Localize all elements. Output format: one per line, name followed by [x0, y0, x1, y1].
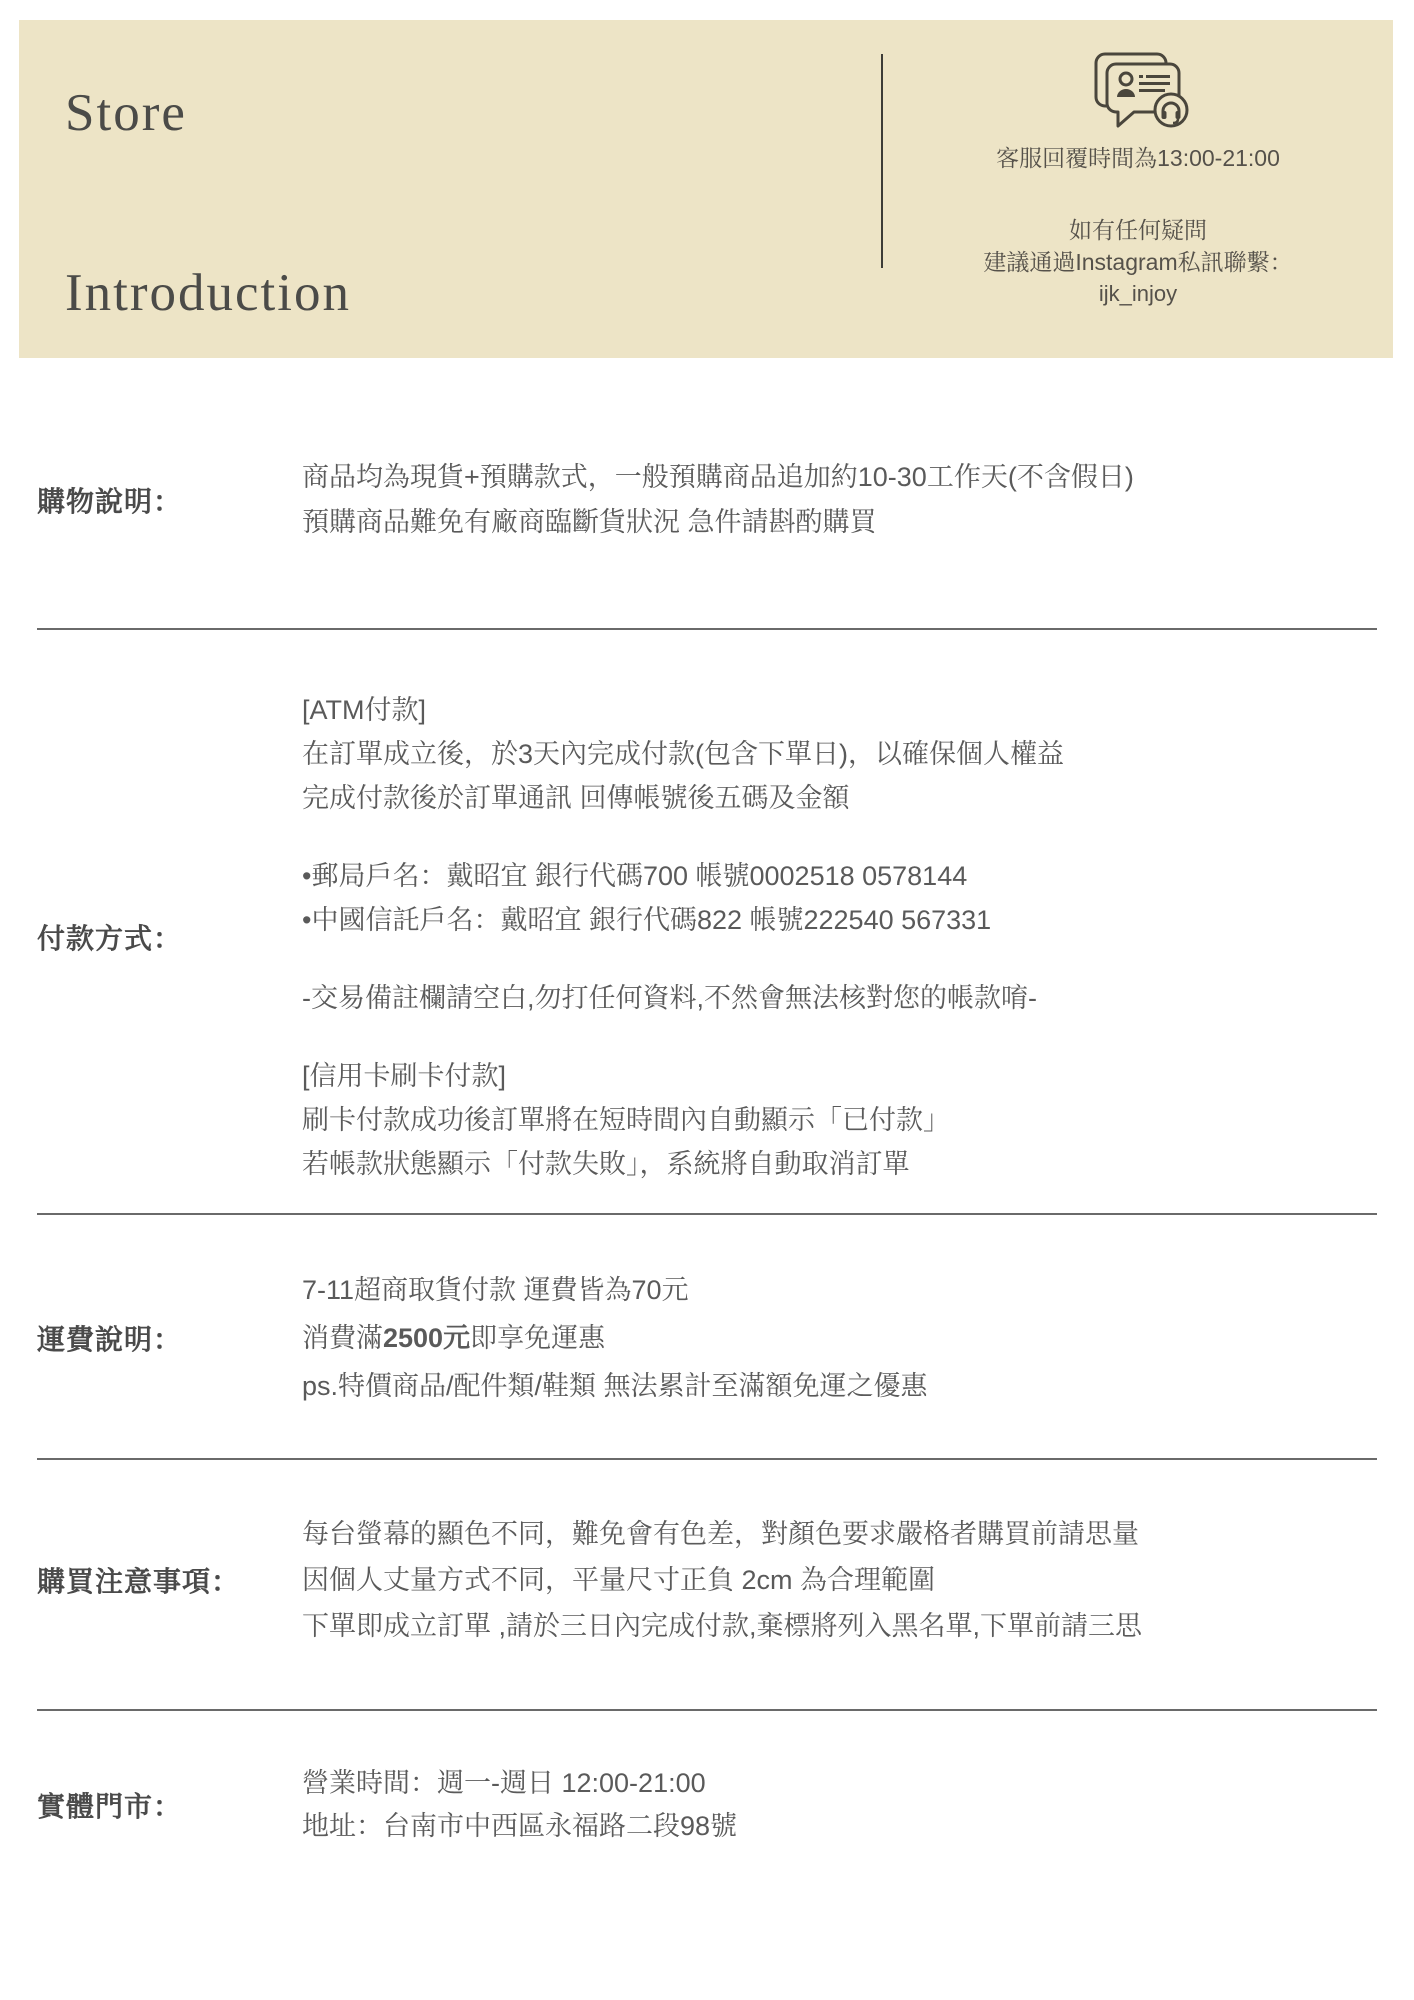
text-line: •中國信託戶名：戴昭宜 銀行代碼822 帳號222540 567331 — [302, 898, 1377, 942]
text-line: 刷卡付款成功後訂單將在短時間內自動顯示「已付款」 — [302, 1098, 1377, 1142]
contact-instagram-text: 建議通過Instagram私訊聯繫： — [983, 246, 1292, 278]
emphasized-text: 2500元 — [383, 1323, 470, 1353]
page-title: Store Introduction — [65, 68, 351, 338]
text-line: 完成付款後於訂單通訊 回傳帳號後五碼及金額 — [302, 776, 1377, 820]
customer-service-info: 客服回覆時間為13:00-21:00 如有任何疑問 建議通過Instagram私… — [885, 50, 1391, 309]
sections: 購物說明： 商品均為現貨+預購款式，一般預購商品追加約10-30工作天(不含假日… — [0, 455, 1414, 1848]
section-divider — [37, 628, 1377, 630]
section-divider — [37, 1709, 1377, 1711]
text-segment: 商品均為現貨+預購款式，一般預購商品追加約10-30工作天(不含假日) — [302, 462, 1134, 492]
text-line: 消費滿2500元即享免運惠 — [302, 1314, 1377, 1362]
text-line: ps.特價商品/配件類/鞋類 無法累計至滿額免運之優惠 — [302, 1362, 1377, 1410]
customer-service-chat-icon — [1086, 50, 1190, 132]
spacer-line — [302, 942, 1377, 976]
store-introduction-banner: Store Introduction 客服回覆時間為13:00-21:00 如有… — [19, 20, 1393, 358]
text-line: -交易備註欄請空白,勿打任何資料,不然會無法核對您的帳款唷- — [302, 976, 1377, 1020]
text-segment: 在訂單成立後，於3天內完成付款(包含下單日)，以確保個人權益 — [302, 739, 1064, 769]
text-line: 營業時間：週一-週日 12:00-21:00 — [302, 1762, 1377, 1805]
text-line: 若帳款狀態顯示「付款失敗」，系統將自動取消訂單 — [302, 1142, 1377, 1186]
section-label: 實體門市： — [37, 1762, 302, 1848]
text-segment: 7-11超商取貨付款 運費皆為70元 — [302, 1275, 689, 1305]
text-segment: 刷卡付款成功後訂單將在短時間內自動顯示「已付款」 — [302, 1105, 950, 1135]
text-segment: [ATM付款] — [302, 695, 426, 725]
info-section: 運費說明： 7-11超商取貨付款 運費皆為70元消費滿2500元即享免運惠ps.… — [0, 1266, 1414, 1410]
info-section: 購物說明： 商品均為現貨+預購款式，一般預購商品追加約10-30工作天(不含假日… — [0, 455, 1414, 545]
text-segment: 營業時間：週一-週日 12:00-21:00 — [302, 1768, 706, 1798]
text-segment: [信用卡刷卡付款] — [302, 1061, 506, 1091]
section-divider — [37, 1458, 1377, 1460]
text-segment: 每台螢幕的顯色不同，難免會有色差，對顏色要求嚴格者購買前請思量 — [302, 1519, 1139, 1549]
text-segment: 下單即成立訂單 ,請於三日內完成付款,棄標將列入黑名單,下單前請三思 — [302, 1611, 1142, 1641]
section-body: 每台螢幕的顯色不同，難免會有色差，對顏色要求嚴格者購買前請思量因個人丈量方式不同… — [302, 1511, 1377, 1649]
text-line: 在訂單成立後，於3天內完成付款(包含下單日)，以確保個人權益 — [302, 732, 1377, 776]
text-segment: •郵局戶名：戴昭宜 銀行代碼700 帳號0002518 0578144 — [302, 861, 967, 891]
contact-question-text: 如有任何疑問 — [1069, 214, 1207, 246]
text-line: 下單即成立訂單 ,請於三日內完成付款,棄標將列入黑名單,下單前請三思 — [302, 1603, 1377, 1649]
info-section: 實體門市： 營業時間：週一-週日 12:00-21:00地址：台南市中西區永福路… — [0, 1762, 1414, 1848]
text-line: 預購商品難免有廠商臨斷貨狀況 急件請斟酌購買 — [302, 500, 1377, 545]
text-line: [信用卡刷卡付款] — [302, 1054, 1377, 1098]
section-body: 商品均為現貨+預購款式，一般預購商品追加約10-30工作天(不含假日)預購商品難… — [302, 455, 1377, 545]
section-label: 付款方式： — [37, 688, 302, 1186]
text-segment: ps.特價商品/配件類/鞋類 無法累計至滿額免運之優惠 — [302, 1371, 928, 1401]
page-title-line1: Store — [65, 84, 187, 142]
section-label: 運費說明： — [37, 1266, 302, 1410]
text-segment: 即享免運惠 — [470, 1323, 605, 1353]
section-body: 營業時間：週一-週日 12:00-21:00地址：台南市中西區永福路二段98號 — [302, 1762, 1377, 1848]
text-segment: •中國信託戶名：戴昭宜 銀行代碼822 帳號222540 567331 — [302, 905, 991, 935]
text-segment: 因個人丈量方式不同，平量尺寸正負 2cm 為合理範圍 — [302, 1565, 935, 1595]
spacer-line — [302, 820, 1377, 854]
spacer-line — [302, 1020, 1377, 1054]
text-segment: 預購商品難免有廠商臨斷貨狀況 急件請斟酌購買 — [302, 507, 877, 537]
text-line: •郵局戶名：戴昭宜 銀行代碼700 帳號0002518 0578144 — [302, 854, 1377, 898]
text-segment: 地址：台南市中西區永福路二段98號 — [302, 1811, 737, 1841]
section-body: 7-11超商取貨付款 運費皆為70元消費滿2500元即享免運惠ps.特價商品/配… — [302, 1266, 1377, 1410]
info-section: 付款方式： [ATM付款]在訂單成立後，於3天內完成付款(包含下單日)，以確保個… — [0, 688, 1414, 1186]
section-label: 購買注意事項： — [37, 1511, 302, 1649]
text-line: 因個人丈量方式不同，平量尺寸正負 2cm 為合理範圍 — [302, 1557, 1377, 1603]
section-body: [ATM付款]在訂單成立後，於3天內完成付款(包含下單日)，以確保個人權益完成付… — [302, 688, 1377, 1186]
text-segment: 完成付款後於訂單通訊 回傳帳號後五碼及金額 — [302, 783, 850, 813]
page-title-line2: Introduction — [65, 264, 351, 322]
text-line: [ATM付款] — [302, 688, 1377, 732]
text-line: 地址：台南市中西區永福路二段98號 — [302, 1805, 1377, 1848]
text-line: 每台螢幕的顯色不同，難免會有色差，對顏色要求嚴格者購買前請思量 — [302, 1511, 1377, 1557]
banner-vertical-divider — [881, 54, 883, 268]
text-line: 商品均為現貨+預購款式，一般預購商品追加約10-30工作天(不含假日) — [302, 455, 1377, 500]
text-segment: 消費滿 — [302, 1323, 383, 1353]
text-line: 7-11超商取貨付款 運費皆為70元 — [302, 1266, 1377, 1314]
instagram-handle: ijk_injoy — [1099, 278, 1177, 309]
text-segment: 若帳款狀態顯示「付款失敗」，系統將自動取消訂單 — [302, 1149, 910, 1179]
info-section: 購買注意事項： 每台螢幕的顯色不同，難免會有色差，對顏色要求嚴格者購買前請思量因… — [0, 1511, 1414, 1649]
text-segment: -交易備註欄請空白,勿打任何資料,不然會無法核對您的帳款唷- — [302, 983, 1037, 1013]
service-hours-text: 客服回覆時間為13:00-21:00 — [996, 142, 1280, 174]
section-divider — [37, 1213, 1377, 1215]
section-label: 購物說明： — [37, 455, 302, 545]
